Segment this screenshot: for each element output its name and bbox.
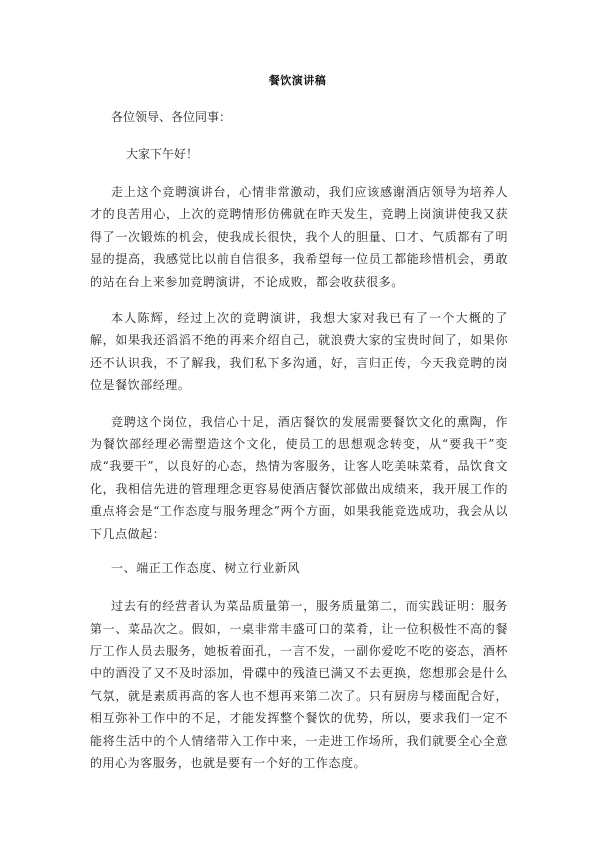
salutation: 各位领导、各位同事： [111,108,508,126]
paragraph-work-attitude: 过去有的经营者认为菜品质量第一，服务质量第二，而实践证明：服务第一、菜品次之。假… [90,595,508,774]
paragraph-introduction: 本人陈辉，经过上次的竞聘演讲，我想大家对我已有了一个大概的了解，如果我还滔滔不绝… [90,307,508,397]
section-heading: 一、端正工作态度、树立行业新风 [111,559,508,577]
greeting: 大家下午好！ [126,145,508,163]
document-page: 餐饮演讲稿 各位领导、各位同事： 大家下午好！ 走上这个竞聘演讲台，心情非常激动… [0,0,595,842]
document-body: 各位领导、各位同事： 大家下午好！ 走上这个竞聘演讲台，心情非常激动，我们应该感… [90,108,508,788]
paragraph-opening: 走上这个竞聘演讲台，心情非常激动，我们应该感谢酒店领导为培养人才的良苦用心，上次… [90,181,508,293]
paragraph-position: 竞聘这个岗位，我信心十足，酒店餐饮的发展需要餐饮文化的熏陶，作为餐饮部经理必需塑… [90,411,508,545]
document-title: 餐饮演讲稿 [0,73,595,89]
